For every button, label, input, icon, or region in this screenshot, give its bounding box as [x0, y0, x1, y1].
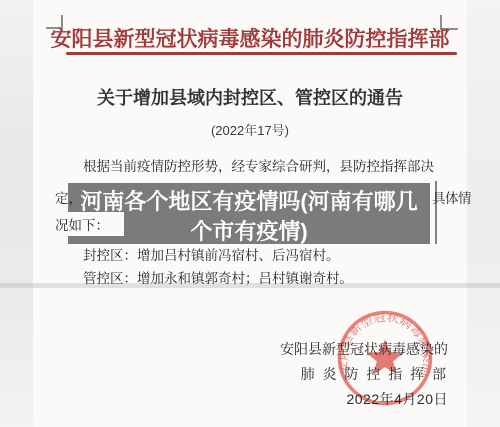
- signature-line-2: 肺 炎 防 控 指 挥 部: [280, 362, 448, 387]
- notice-title: 关于增加县域内封控区、管控区的通告: [0, 84, 500, 110]
- overlay-title-line-2: 个市有疫情): [64, 215, 434, 246]
- agency-header-title: 安阳县新型冠状病毒感染的肺炎防控指挥部: [0, 23, 500, 53]
- header-underline: [66, 52, 457, 55]
- overlay-title-line-1: 河南各个地区有疫情吗(河南有哪几: [64, 185, 434, 216]
- notice-number: (2022年17号): [0, 120, 500, 139]
- body-line-fengkong: 封控区：增加吕村镇前冯宿村、后冯宿村。: [55, 244, 340, 264]
- signature-line-1: 安阳县新型冠状病毒感染的: [280, 337, 448, 362]
- signature-block: 安阳县新型冠状病毒感染的 肺 炎 防 控 指 挥 部 2022年4月20日: [280, 337, 448, 412]
- overlay-edge-line: [435, 181, 437, 244]
- photo-margin-left: [0, 0, 33, 427]
- signature-date: 2022年4月20日: [280, 387, 448, 412]
- body-line-2-right-fragment: 具体情: [432, 187, 471, 207]
- body-line-1: 根据当前疫情防控形势，经专家综合研判，县防控指挥部决: [55, 155, 434, 175]
- photo-margin-right: [467, 0, 500, 427]
- document-photo: 安阳县新型冠状病毒感染的肺炎防控指挥部 关于增加县域内封控区、管控区的通告 (2…: [0, 0, 500, 427]
- body-line-guankong: 管控区：增加永和镇郭奇村；吕村镇谢奇村。: [55, 267, 353, 287]
